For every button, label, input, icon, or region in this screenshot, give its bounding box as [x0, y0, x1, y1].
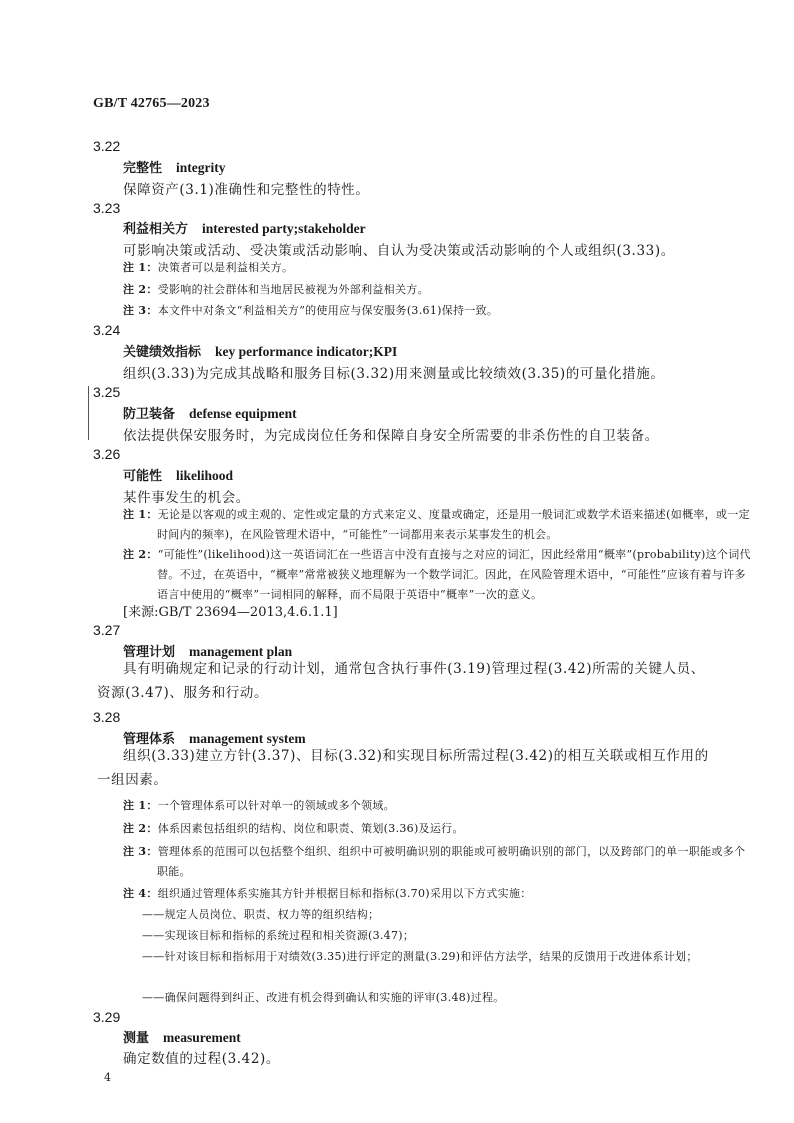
note: 注 3：管理体系的范围可以包括整个组织、组织中可被明确识别的职能或可被明确识别的… [123, 842, 752, 882]
definition: 可影响决策或活动、受决策或活动影响、自认为受决策或活动影响的个人或组织(3.33… [123, 239, 675, 259]
term-heading: 关键绩效指标key performance indicator;KPI [123, 341, 397, 360]
list-item: ——实现该目标和指标的系统过程和相关资源(3.47)； [142, 926, 739, 946]
note-label: 注 1： [123, 261, 158, 274]
term-zh: 完整性 [123, 161, 162, 176]
term-heading: 防卫装备defense equipment [123, 403, 297, 422]
term-zh: 防卫装备 [123, 407, 175, 422]
standard-header: GB/T 42765—2023 [93, 96, 210, 112]
note-label: 注 4： [123, 887, 158, 900]
entry-number: 3.27 [93, 622, 120, 638]
entry-number: 3.29 [93, 1009, 120, 1025]
term-en: key performance indicator;KPI [215, 344, 397, 359]
note-text: 受影响的社会群体和当地居民被视为外部利益相关方。 [158, 283, 429, 296]
term-en: integrity [176, 160, 226, 175]
entry-number: 3.26 [93, 446, 120, 462]
list-item: ——针对该目标和指标用于对绩效(3.35)进行评定的测量(3.29)和评估方法学… [142, 947, 739, 967]
term-heading: 完整性integrity [123, 157, 226, 176]
term-heading: 可能性likelihood [123, 465, 233, 484]
entry-number: 3.23 [93, 200, 120, 216]
note-label: 注 2： [123, 548, 158, 561]
source-citation: [来源:GB/T 23694—2013,4.6.1.1] [123, 601, 338, 620]
list-item: ——确保问题得到纠正、改进有机会得到确认和实施的评审(3.48)过程。 [142, 988, 739, 1008]
entry-number: 3.25 [93, 384, 120, 400]
page-number: 4 [104, 1071, 111, 1084]
note-text: 无论是以客观的或主观的、定性或定量的方式来定义、度量或确定，还是用一般词汇或数学… [157, 508, 750, 541]
term-en: likelihood [176, 468, 233, 483]
definition: 保障资产(3.1)准确性和完整性的特性。 [123, 178, 370, 198]
note-text: 组织通过管理体系实施其方针并根据目标和指标(3.70)采用以下方式实施： [158, 887, 532, 900]
term-heading: 测量measurement [123, 1027, 241, 1046]
note-text: 决策者可以是利益相关方。 [158, 261, 294, 274]
term-zh: 可能性 [123, 469, 162, 484]
term-zh: 利益相关方 [123, 222, 188, 237]
entry-number: 3.24 [93, 322, 120, 338]
note-text: 本文件中对条文“利益相关方”的使用应与保安服务(3.61)保持一致。 [158, 304, 499, 317]
note-label: 注 1： [123, 799, 158, 812]
note: 注 3：本文件中对条文“利益相关方”的使用应与保安服务(3.61)保持一致。 [123, 301, 752, 321]
term-en: defense equipment [189, 406, 297, 421]
list-item: ——规定人员岗位、职责、权力等的组织结构； [142, 905, 739, 925]
definition: 某件事发生的机会。 [123, 486, 250, 506]
note: 注 2：“可能性”(likelihood)这一英语词汇在一些语言中没有直接与之对… [123, 545, 752, 605]
term-zh: 关键绩效指标 [123, 345, 201, 360]
note-label: 注 3： [123, 845, 158, 858]
note-label: 注 2： [123, 283, 158, 296]
note-text: “可能性”(likelihood)这一英语词汇在一些语言中没有直接与之对应的词汇… [157, 548, 751, 601]
note: 注 2：体系因素包括组织的结构、岗位和职责、策划(3.36)及运行。 [123, 819, 752, 839]
note: 注 1：一个管理体系可以针对单一的领域或多个领域。 [123, 796, 752, 816]
definition: 组织(3.33)为完成其战略和服务目标(3.32)用来测量或比较绩效(3.35)… [123, 362, 664, 382]
term-heading: 利益相关方interested party;stakeholder [123, 218, 366, 237]
term-zh: 测量 [123, 1031, 149, 1046]
term-en: measurement [163, 1030, 241, 1045]
definition: 确定数值的过程(3.42)。 [123, 1047, 280, 1067]
entry-number: 3.22 [93, 138, 120, 154]
note: 注 1：无论是以客观的或主观的、定性或定量的方式来定义、度量或确定，还是用一般词… [123, 505, 752, 545]
note: 注 1：决策者可以是利益相关方。 [123, 258, 752, 278]
note: 注 2：受影响的社会群体和当地居民被视为外部利益相关方。 [123, 280, 752, 300]
entry-number: 3.28 [93, 709, 120, 725]
note-text: 管理体系的范围可以包括整个组织、组织中可被明确识别的职能或可被明确识别的部门，以… [157, 845, 745, 878]
definition: 依法提供保安服务时，为完成岗位任务和保障自身安全所需要的非杀伤性的自卫装备。 [123, 424, 659, 444]
document-page: GB/T 42765—2023 3.22 完整性integrity 保障资产(3… [0, 0, 794, 1123]
definition: 具有明确规定和记录的行动计划，通常包含执行事件(3.19)管理过程(3.42)所… [97, 657, 717, 705]
revision-bar [88, 386, 89, 440]
note-label: 注 2： [123, 822, 158, 835]
term-en: interested party;stakeholder [202, 221, 366, 236]
note-label: 注 3： [123, 304, 158, 317]
definition: 组织(3.33)建立方针(3.37)、目标(3.32)和实现目标所需过程(3.4… [97, 744, 717, 792]
note: 注 4：组织通过管理体系实施其方针并根据目标和指标(3.70)采用以下方式实施： [123, 884, 752, 904]
note-label: 注 1： [123, 508, 158, 521]
note-text: 体系因素包括组织的结构、岗位和职责、策划(3.36)及运行。 [158, 822, 464, 835]
note-text: 一个管理体系可以针对单一的领域或多个领域。 [158, 799, 395, 812]
